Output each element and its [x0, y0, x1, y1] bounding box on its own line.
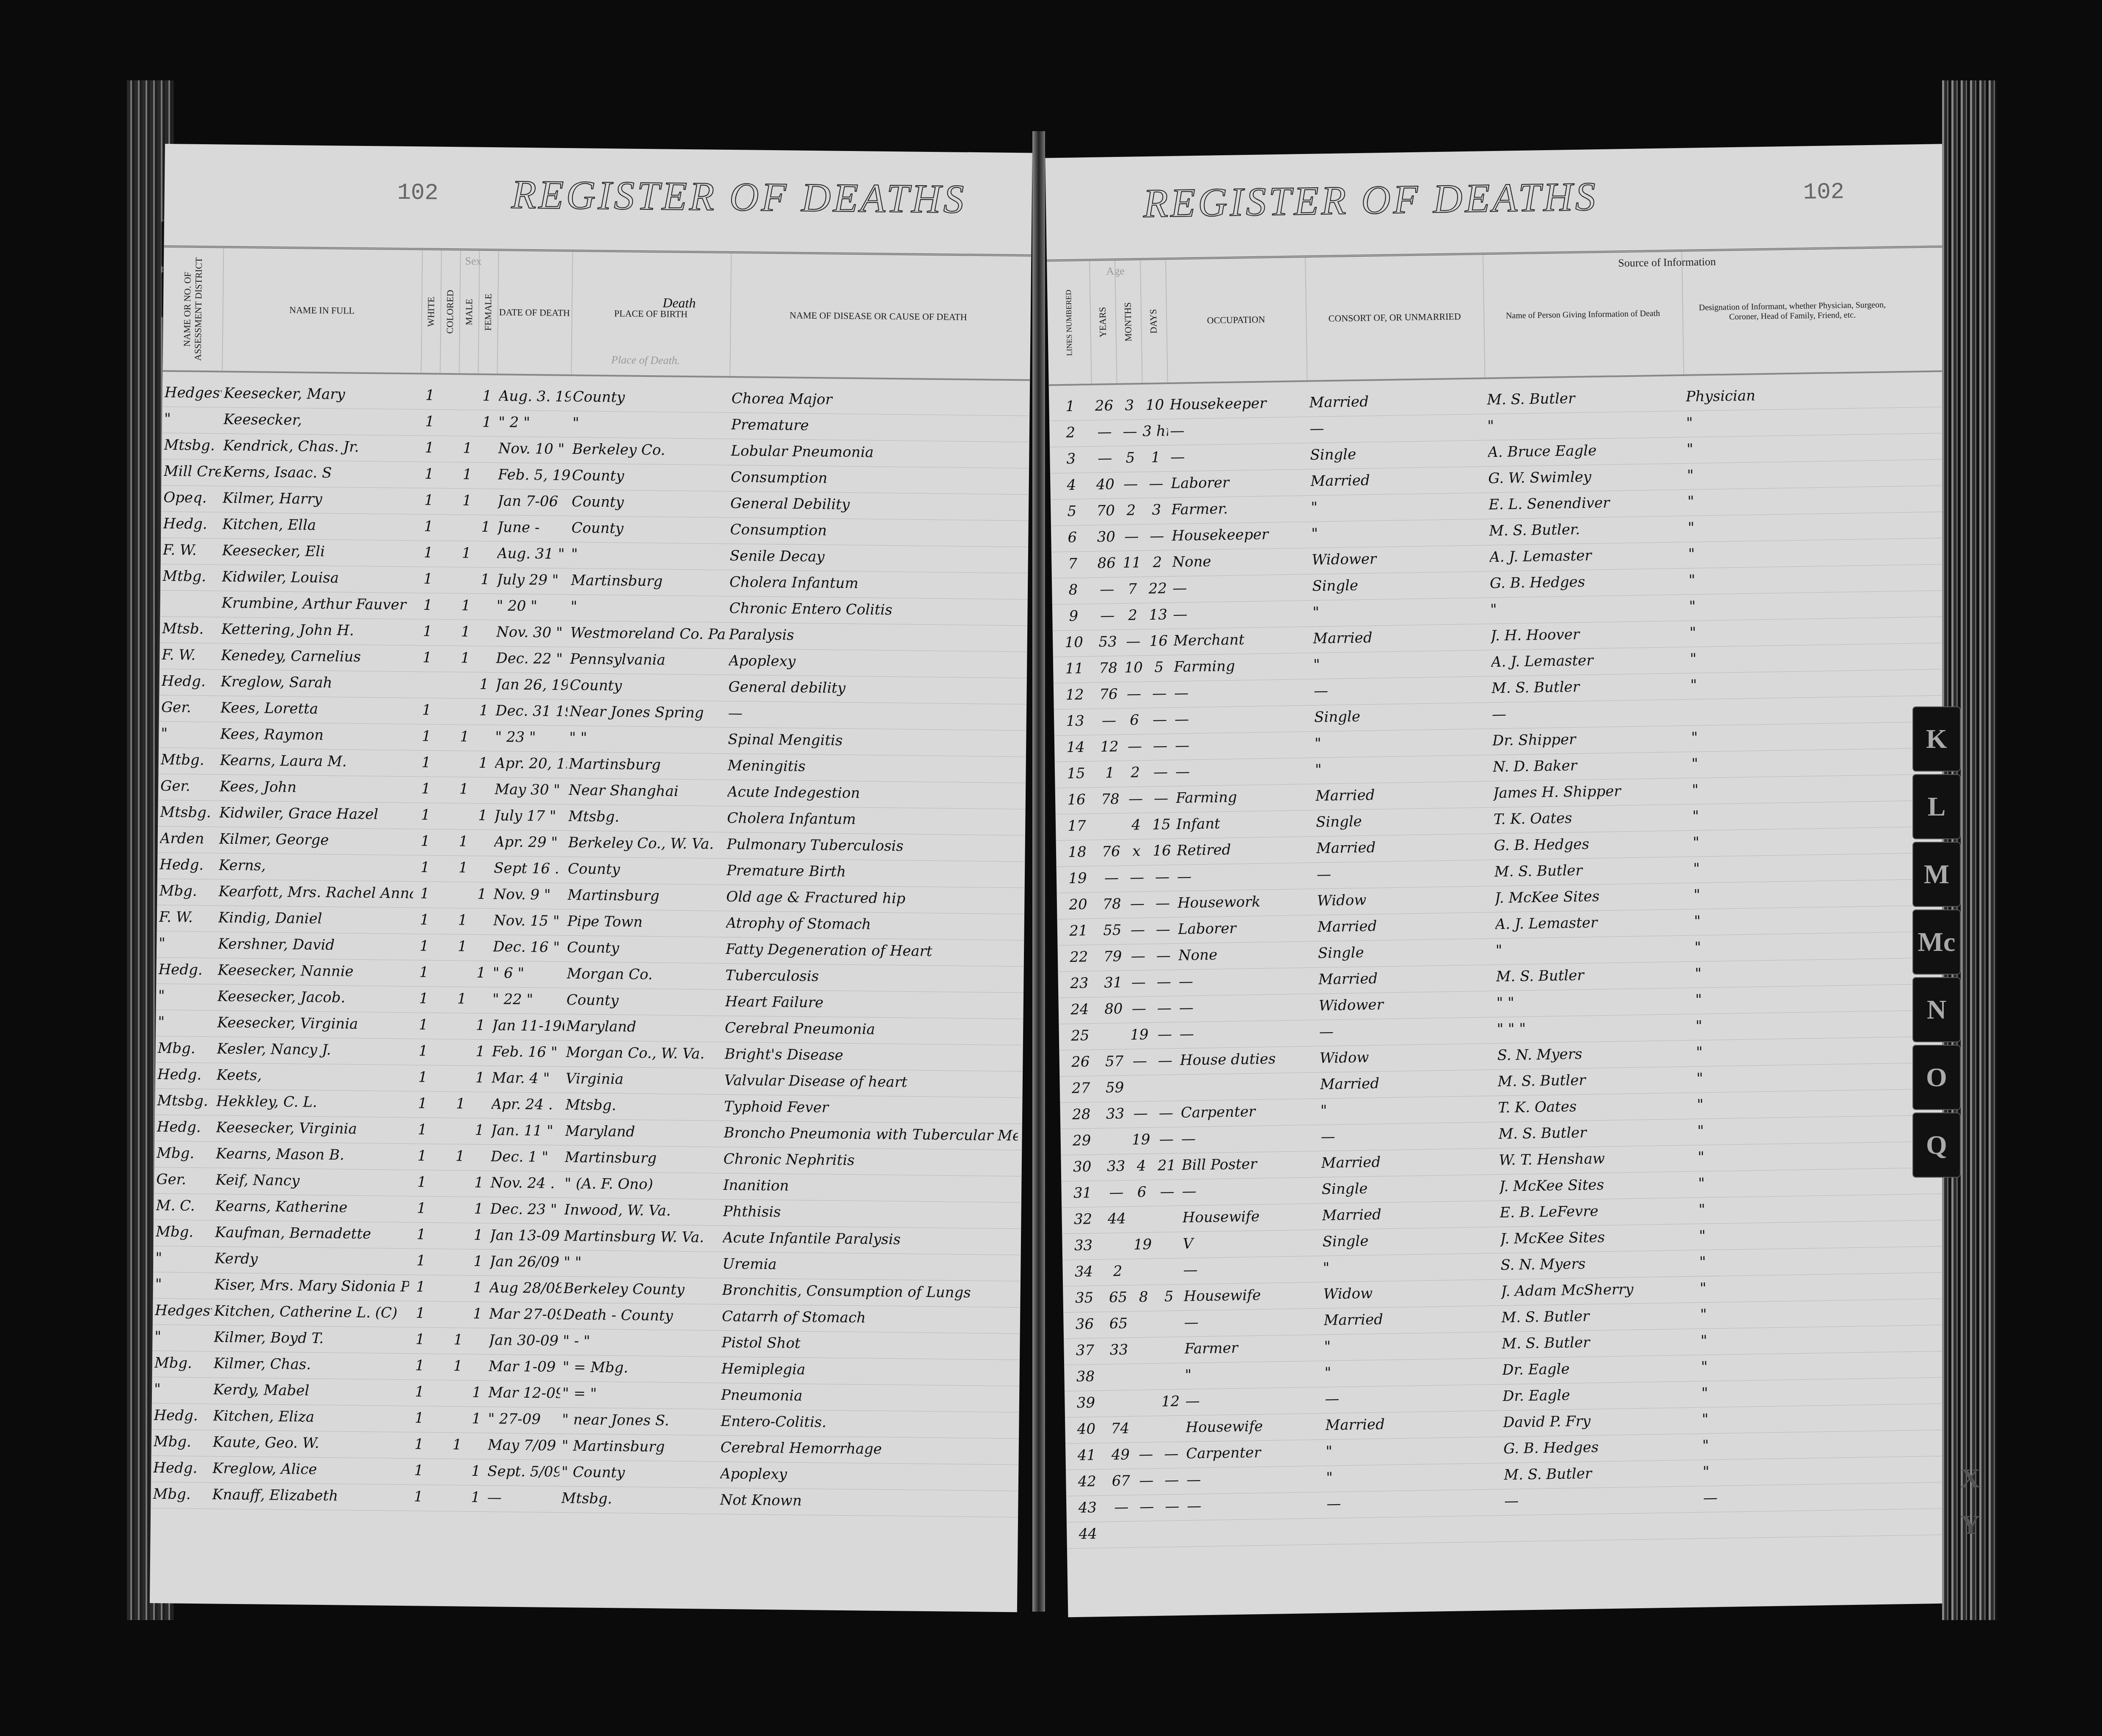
cell-months: — — [1133, 1446, 1159, 1463]
cell-name: Kaufman, Bernadette — [215, 1224, 410, 1243]
cell-district: Ger. — [156, 1171, 213, 1188]
cell-consort: " — [1311, 496, 1487, 516]
cell-white: 1 — [413, 1042, 432, 1059]
cell-cause: Cholera Infantum — [729, 574, 1023, 593]
cell-years: 30 — [1093, 528, 1119, 546]
cell-informant: J. McKee Sites — [1499, 1175, 1696, 1195]
cell-designation: " — [1700, 1303, 1918, 1323]
cell-cause: Inanition — [723, 1177, 1017, 1197]
cell-male: 1 — [455, 728, 474, 745]
cell-informant: M. S. Butler — [1491, 677, 1689, 697]
cell-months — [1132, 1393, 1158, 1394]
cell-male: 1 — [448, 1331, 468, 1348]
cell-line-number: 6 — [1051, 529, 1094, 547]
cell-occupation — [1187, 1522, 1325, 1524]
cell-days: — — [1150, 895, 1176, 912]
cell-place: County — [572, 493, 726, 512]
cell-consort: Married — [1315, 785, 1491, 805]
cell-line-number: 3 — [1050, 450, 1092, 468]
cell-female: 1 — [468, 1253, 487, 1270]
cell-years: — — [1103, 1184, 1129, 1201]
cell-name: Keesecker, Mary — [224, 385, 418, 404]
cell-place: County — [567, 992, 721, 1010]
cell-cause: Pneumonia — [721, 1387, 1015, 1406]
cell-place: Near Jones Spring — [570, 703, 724, 722]
cell-place: Martinsburg — [571, 572, 725, 591]
cell-male: 1 — [456, 597, 475, 614]
cell-date: " 22 " — [492, 991, 564, 1008]
cell-district: " — [155, 1276, 212, 1293]
column-headers: Name or No. of Assessment District Name … — [162, 245, 1031, 381]
index-tab-m[interactable]: M — [1912, 842, 1961, 907]
cell-district: Mbg. — [154, 1433, 211, 1450]
cell-years: 49 — [1108, 1446, 1134, 1464]
cell-days: 3 — [1144, 501, 1169, 519]
cell-male: 1 — [454, 833, 473, 850]
cell-district: Mbg. — [154, 1354, 212, 1372]
cell-place: " Martinsburg — [562, 1437, 716, 1456]
cell-consort: Single — [1321, 1178, 1497, 1198]
cell-months: — — [1124, 869, 1150, 886]
cell-consort: " — [1323, 1257, 1499, 1277]
cell-date: Nov. 10 " — [498, 440, 570, 458]
page-title: REGISTER OF DEATHS — [1143, 173, 1599, 227]
cell-informant: T. K. Oates — [1494, 808, 1691, 828]
cell-days — [1157, 1367, 1183, 1367]
index-tabs-xy: X Y — [1961, 1455, 1980, 1548]
cell-consort: Widow — [1323, 1283, 1499, 1303]
cell-name: Kilmer, Harry — [223, 489, 417, 508]
cell-line-number: 27 — [1060, 1080, 1103, 1097]
cell-date: Dec. 31 1906 — [495, 702, 567, 720]
cell-cause: Old age & Fractured hip — [726, 888, 1020, 908]
cell-months: 11 — [1119, 554, 1145, 571]
cell-district: Mtsbg. — [164, 437, 221, 454]
cell-years: — — [1094, 581, 1120, 598]
cell-designation: " — [1689, 621, 1908, 641]
cell-line-number: 8 — [1052, 581, 1095, 599]
cell-years — [1101, 1027, 1127, 1027]
cell-name: Keesecker, Jacob. — [217, 988, 412, 1007]
cell-name: Kendrick, Chas. Jr. — [223, 437, 418, 456]
cell-district: Hedg. — [157, 1118, 214, 1136]
cell-occupation: " — [1185, 1365, 1323, 1384]
cell-district: " — [159, 935, 216, 952]
right-index-tabs: K L M Mc N O Q — [1912, 706, 1997, 1180]
cell-occupation: — — [1179, 997, 1317, 1016]
cell-years: 33 — [1106, 1341, 1132, 1359]
cell-consort: — — [1326, 1493, 1502, 1513]
cell-occupation: — — [1175, 761, 1313, 780]
cell-designation: " — [1693, 857, 1912, 877]
cell-cause: Chorea Major — [732, 390, 1026, 410]
cell-months: — — [1122, 738, 1148, 755]
cell-cause: Chronic Entero Colitis — [729, 600, 1023, 620]
cell-date: " 6 " — [492, 964, 564, 982]
cell-white: 1 — [415, 885, 434, 902]
cell-white: 1 — [413, 1147, 432, 1164]
cell-name: Keesecker, — [223, 411, 418, 430]
right-records: 126310HousekeeperMarriedM. S. ButlerPhys… — [1049, 381, 1973, 1549]
cell-district: F. W. — [162, 646, 219, 664]
cell-white: 1 — [416, 806, 435, 823]
cell-female: 1 — [470, 1043, 490, 1060]
cell-place: Berkeley County — [564, 1280, 718, 1299]
cell-months: 7 — [1120, 580, 1145, 598]
cell-informant: M. S. Butler — [1502, 1332, 1699, 1352]
cell-male: 1 — [453, 938, 472, 955]
cell-days: 16 — [1149, 842, 1175, 860]
index-tab-o[interactable]: O — [1912, 1045, 1961, 1110]
cell-male: 1 — [452, 990, 471, 1007]
cell-years: — — [1092, 450, 1118, 467]
cell-informant: N. D. Baker — [1493, 755, 1690, 775]
cell-white: 1 — [409, 1462, 428, 1479]
cell-years: 53 — [1095, 633, 1121, 651]
cell-consort: " — [1311, 522, 1487, 542]
cell-cause: — — [728, 705, 1022, 725]
cell-informant: M. S. Butler — [1504, 1464, 1701, 1483]
index-tab-mc[interactable]: Mc — [1912, 909, 1961, 975]
cell-cause: Premature — [731, 416, 1025, 436]
cell-informant: G. B. Hedges — [1490, 572, 1687, 592]
cell-date: Jan 30-09 — [489, 1332, 561, 1349]
cell-years: 78 — [1098, 791, 1123, 808]
cell-days: — — [1150, 868, 1175, 886]
cell-designation: " — [1692, 805, 1911, 825]
cell-name: Kearns, Mason B. — [216, 1145, 410, 1164]
page-title: REGISTER OF DEATHS — [511, 171, 966, 222]
cell-months: — — [1125, 895, 1150, 912]
cell-consort: Widower — [1319, 994, 1495, 1014]
cell-informant: David P. Fry — [1503, 1411, 1700, 1431]
cell-months: — — [1120, 633, 1146, 650]
cell-cause: Spinal Mengitis — [728, 731, 1022, 751]
header-cause: Name of Disease or Cause of Death — [729, 253, 1027, 379]
cell-line-number: 43 — [1066, 1499, 1109, 1517]
cell-date: Nov. 24 . — [490, 1174, 562, 1192]
cell-cause: Typhoid Fever — [724, 1098, 1018, 1118]
cell-female: 1 — [467, 1384, 486, 1401]
cell-days: — — [1150, 921, 1176, 938]
cell-line-number: 37 — [1064, 1342, 1106, 1360]
cell-informant: Dr. Shipper — [1492, 729, 1689, 749]
cell-white: 1 — [421, 387, 440, 404]
cell-male: 1 — [456, 649, 475, 666]
cell-place: County — [571, 519, 726, 538]
cell-designation: " — [1698, 1198, 1917, 1218]
cell-days: — — [1151, 947, 1177, 964]
cell-district: " — [161, 725, 218, 742]
cell-white: 1 — [410, 1383, 429, 1400]
cell-cause: Acute Infantile Paralysis — [723, 1229, 1017, 1249]
cell-days: 5 — [1146, 659, 1172, 676]
cell-date: May 7/09 — [488, 1437, 560, 1454]
cell-name: Kilmer, Chas. — [214, 1355, 408, 1374]
cell-informant: A. J. Lemaster — [1495, 913, 1692, 933]
cell-designation: " — [1697, 1119, 1915, 1140]
cell-line-number: 39 — [1065, 1394, 1107, 1412]
cell-place: " near Jones S. — [562, 1411, 716, 1430]
cell-informant: " " " — [1497, 1018, 1694, 1038]
index-tab-l[interactable]: L — [1912, 774, 1961, 839]
cell-place: Mtsbg. — [561, 1490, 715, 1508]
cell-district: " — [154, 1381, 211, 1398]
cell-consort — [1327, 1519, 1502, 1522]
cell-date: May 30 " — [495, 781, 567, 799]
cell-years: 65 — [1106, 1315, 1131, 1332]
cell-place: " - " — [563, 1332, 717, 1351]
cell-days: 22 — [1145, 580, 1171, 597]
cell-place: Westmoreland Co. Pa. — [570, 624, 725, 643]
cell-months: 2 — [1123, 764, 1148, 781]
cell-designation: " — [1698, 1172, 1916, 1192]
cell-name: Kidwiler, Louisa — [222, 568, 416, 587]
cell-months: — — [1127, 1052, 1153, 1070]
cell-female: 1 — [472, 886, 491, 903]
cell-name: Keesecker, Eli — [222, 542, 417, 561]
cell-months — [1131, 1315, 1156, 1315]
cell-male: 1 — [453, 912, 472, 928]
cell-days: — — [1158, 1445, 1184, 1463]
cell-days: 15 — [1149, 816, 1175, 833]
cell-informant: J. McKee Sites — [1495, 887, 1692, 906]
header-years: Years — [1089, 261, 1117, 384]
cell-days: — — [1147, 711, 1173, 728]
cell-years — [1106, 1368, 1132, 1368]
cell-designation: " — [1700, 1277, 1918, 1297]
cell-white: 1 — [415, 937, 434, 954]
cell-cause: Apoplexy — [729, 652, 1023, 672]
index-tab-n[interactable]: N — [1912, 977, 1961, 1042]
cell-informant: Dr. Eagle — [1502, 1359, 1699, 1379]
cell-line-number: 24 — [1059, 1001, 1101, 1019]
cell-cause: Hemiplegia — [721, 1360, 1015, 1380]
cell-years — [1103, 1132, 1128, 1132]
cell-male: 1 — [448, 1357, 468, 1374]
cell-informant: — — [1504, 1490, 1701, 1510]
cell-informant: J. H. Hoover — [1491, 624, 1688, 644]
cell-informant: M. S. Butler. — [1489, 519, 1686, 539]
cell-designation: " — [1701, 1355, 1919, 1376]
cell-line-number: 26 — [1059, 1053, 1102, 1071]
cell-place: " " — [569, 729, 724, 748]
cell-line-number: 17 — [1056, 817, 1098, 835]
cell-years: — — [1095, 607, 1120, 624]
cell-female: 1 — [473, 807, 492, 824]
cell-line-number: 10 — [1053, 634, 1095, 651]
cell-occupation: — — [1175, 735, 1313, 754]
cell-name: Kidwiler, Grace Hazel — [219, 804, 414, 823]
cell-designation: " — [1696, 1041, 1914, 1061]
cell-informant: " — [1496, 939, 1693, 959]
cell-occupation: — — [1170, 447, 1308, 466]
cell-cause: Phthisis — [723, 1203, 1017, 1223]
cell-designation: " — [1688, 516, 1906, 536]
cell-designation: " — [1690, 673, 1909, 694]
cell-years: 55 — [1100, 922, 1125, 939]
cell-district: Hedgesville — [165, 384, 222, 401]
cell-place: Mtsbg. — [568, 808, 723, 827]
cell-occupation: Retired — [1177, 840, 1315, 859]
cell-occupation — [1180, 1076, 1318, 1078]
cell-female: 1 — [470, 1122, 489, 1139]
cell-cause: Tuberculosis — [725, 967, 1019, 987]
index-tab-y[interactable]: Y — [1961, 1502, 1980, 1548]
cell-cause: Uremia — [722, 1255, 1016, 1275]
cell-informant: E. L. Senendiver — [1488, 493, 1686, 513]
cell-years: 70 — [1093, 502, 1119, 519]
cell-district: Mbg. — [157, 1040, 215, 1057]
cell-line-number: 13 — [1054, 712, 1097, 730]
cell-cause: Not Known — [720, 1492, 1014, 1511]
index-tab-q[interactable]: Q — [1912, 1112, 1961, 1178]
cell-months: 2 — [1118, 502, 1144, 519]
cell-consort: Single — [1310, 444, 1486, 464]
cell-date: Jan. 11 " — [491, 1122, 563, 1140]
cell-informant: M. S. Butler — [1494, 860, 1692, 880]
header-months: Months — [1114, 260, 1143, 383]
cell-months: 19 — [1130, 1236, 1156, 1253]
cell-months: — — [1118, 475, 1144, 493]
cell-years — [1104, 1236, 1130, 1237]
cell-cause: Acute Indegestion — [727, 783, 1021, 803]
cell-occupation: Bill Poster — [1181, 1155, 1319, 1174]
cell-consort: — — [1314, 680, 1490, 700]
cell-consort: — — [1319, 1021, 1495, 1041]
cell-years: — — [1109, 1499, 1134, 1516]
cell-informant: G. B. Hedges — [1503, 1437, 1700, 1457]
cell-line-number: 5 — [1051, 503, 1093, 520]
cell-occupation: — — [1172, 578, 1310, 597]
cell-female: 1 — [476, 571, 495, 588]
cell-date: Aug 28/08 — [490, 1279, 561, 1297]
cell-designation — [1703, 1512, 1921, 1516]
cell-informant: M. S. Butler — [1497, 1070, 1695, 1090]
cell-designation: " — [1695, 1014, 1914, 1035]
cell-district: M. C. — [156, 1197, 213, 1214]
cell-cause: Chronic Nephritis — [724, 1151, 1018, 1170]
cell-years — [1107, 1394, 1132, 1394]
cell-months: 19 — [1127, 1026, 1153, 1044]
cell-months: — — [1123, 790, 1149, 808]
cell-months: — — [1134, 1498, 1160, 1516]
cell-name: Keesecker, Virginia — [217, 1014, 412, 1033]
cell-months — [1130, 1262, 1156, 1263]
cell-cause: Lobular Pneumonia — [731, 442, 1025, 462]
cell-district: " — [158, 1014, 215, 1031]
index-tab-x[interactable]: X — [1961, 1455, 1980, 1502]
cell-white: 1 — [412, 1173, 431, 1190]
cell-cause: Meningitis — [727, 757, 1021, 777]
cell-date: Nov. 9 " — [493, 886, 565, 904]
cell-days: 5 — [1156, 1288, 1182, 1305]
cell-white: 1 — [420, 413, 439, 430]
cell-place: County — [568, 860, 722, 879]
cell-female: 1 — [469, 1227, 488, 1244]
index-tab-k[interactable]: K — [1912, 706, 1961, 772]
cell-name: Kesler, Nancy J. — [217, 1040, 411, 1059]
cell-district: Hedg. — [153, 1459, 210, 1477]
cell-occupation: V — [1183, 1233, 1321, 1253]
cell-occupation: — — [1180, 1024, 1318, 1043]
cell-date: June - — [497, 519, 569, 536]
cell-years: 33 — [1103, 1158, 1129, 1175]
cell-days: — — [1159, 1472, 1185, 1489]
cell-line-number: 35 — [1063, 1289, 1106, 1307]
cell-name: Kindig, Daniel — [218, 909, 413, 928]
cell-years: 2 — [1105, 1263, 1131, 1280]
cell-informant: " — [1487, 415, 1684, 434]
cell-cause: Cholera Infantum — [727, 810, 1021, 830]
cell-years: 31 — [1101, 974, 1126, 992]
cell-designation: " — [1689, 569, 1907, 589]
header-colored: Colored — [440, 250, 461, 373]
cell-date: Feb. 5, 1906 — [498, 466, 570, 484]
cell-white: 1 — [418, 623, 437, 640]
cell-cause: Atrophy of Stomach — [726, 915, 1020, 934]
cell-line-number: 2 — [1049, 424, 1092, 442]
cell-name: Kilmer, George — [219, 830, 414, 849]
cell-consort: — — [1321, 1126, 1497, 1145]
cell-district: Mtbg. — [161, 751, 218, 769]
cell-occupation: Laborer — [1171, 473, 1309, 492]
cell-district: Hedg. — [160, 856, 217, 873]
cell-days — [1153, 1078, 1178, 1079]
cell-name: Kearns, Laura M. — [220, 752, 415, 771]
cell-district: Hedg. — [154, 1407, 211, 1424]
cell-occupation: Carpenter — [1180, 1102, 1318, 1121]
cell-date: Aug. 3. 1905 — [499, 387, 571, 405]
cell-designation: " — [1698, 1145, 1916, 1166]
cell-informant: E. B. LeFevre — [1499, 1201, 1697, 1221]
cell-days — [1156, 1262, 1181, 1262]
cell-informant: Dr. Eagle — [1502, 1385, 1700, 1405]
cell-years: 57 — [1102, 1053, 1128, 1070]
cell-line-number: 4 — [1050, 476, 1093, 494]
cell-place: Martinsburg — [567, 887, 722, 905]
cell-place: " (A. F. Ono) — [564, 1175, 719, 1194]
cell-district: Mtsb. — [162, 620, 219, 637]
cell-name: Kees, Raymon — [220, 725, 415, 744]
cell-white: 1 — [419, 492, 438, 508]
cell-informant: J. McKee Sites — [1500, 1228, 1697, 1247]
cell-days: — — [1152, 1026, 1178, 1043]
cell-district: Mtbg. — [162, 568, 220, 585]
cell-consort: Widow — [1317, 890, 1493, 909]
cell-line-number: 22 — [1058, 948, 1101, 966]
cell-date: Jan 7-06 — [498, 492, 570, 510]
cell-days: 16 — [1146, 632, 1172, 650]
cell-years: 44 — [1104, 1210, 1130, 1228]
cell-designation: " — [1692, 778, 1910, 799]
cell-designation — [1691, 700, 1909, 703]
cell-name: Kitchen, Ella — [222, 516, 417, 535]
cell-male: 1 — [451, 1095, 470, 1112]
cell-occupation: Housework — [1178, 893, 1315, 912]
cell-informant: S. N. Myers — [1500, 1254, 1698, 1274]
cell-line-number: 23 — [1058, 975, 1101, 992]
cell-occupation: Housekeeper — [1172, 525, 1310, 544]
cell-female: 1 — [474, 676, 493, 693]
cell-place: Mtsbg. — [565, 1096, 720, 1115]
cell-line-number: 32 — [1062, 1211, 1104, 1228]
cell-days: — — [1147, 737, 1173, 755]
cell-date: Dec. 23 " — [490, 1200, 562, 1218]
cell-cause: Cerebral Pneumonia — [725, 1019, 1019, 1039]
cell-district: " — [154, 1328, 212, 1346]
cell-days: — — [1159, 1498, 1185, 1515]
